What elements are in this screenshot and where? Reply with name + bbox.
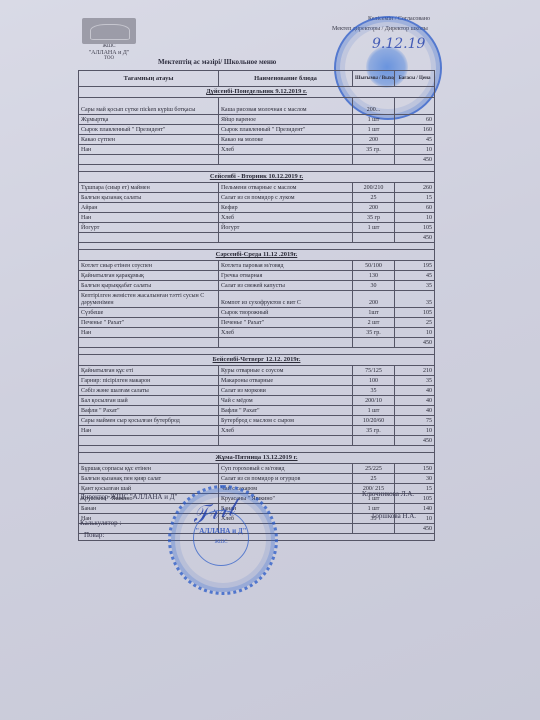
empty-cell [79,165,435,172]
total-row: 450 [79,233,435,243]
table-row: Сары май қосып сүтке пісken күріш ботқас… [79,98,435,115]
stamp-sub-text: ЖШС [194,537,248,549]
dish-ru: Котлета паровая м/говяд [219,261,353,271]
table-row: СүзбешеСырок творожный1шт105 [79,308,435,318]
portion: 50/100 [353,261,395,271]
portion: 25 [353,474,395,484]
table-row: Вафли " Рахат"Вафли " Рахат"1 шт40 [79,406,435,416]
handwritten-date: 9.12.19 [372,36,425,52]
day-total: 450 [395,155,435,165]
day-total: 450 [395,338,435,348]
dish-ru: Яйцо вареное [219,115,353,125]
cook-label: Повар: [84,531,104,539]
empty-cell [79,338,219,348]
dish-ru: Хлеб [219,145,353,155]
empty-cell [79,446,435,453]
table-row: ЖұмыртқаЯйцо вареное1 шт60 [79,115,435,125]
dish-ru: Хлеб [219,213,353,223]
empty-cell [353,338,395,348]
dish-kz: Бұршақ сорпасы құс етінен [79,464,219,474]
dish-kz: Жұмыртқа [79,115,219,125]
day-header-row: Бейсенбі-Четверг 12.12. 2019г. [79,355,435,366]
empty-cell [353,436,395,446]
table-row: Сырок плавленный " Президент"Сырок плавл… [79,125,435,135]
day-title: Сейсенбі - Вторник 10.12.2019 г. [79,172,435,183]
portion: 35 гр. [353,328,395,338]
portion: 1 шт [353,125,395,135]
day-title: Сәрсенбі-Среда 11.12 .2019г. [79,250,435,261]
portion: 100 [353,376,395,386]
empty-cell [353,233,395,243]
portion: 130 [353,271,395,281]
dish-kz: Бал қосылған шай [79,396,219,406]
portion: 200 [353,203,395,213]
portion: 35 гр. [353,426,395,436]
director-label: Директор ЖШС "АЛЛАНА и Д" [80,493,177,501]
dish-ru: Компот из сухофруктов с вит С [219,291,353,308]
dish-ru: Каша рисовая молочная с маслом [219,98,353,115]
dish-kz: Какао сүтпен [79,135,219,145]
dish-ru: Кефир [219,203,353,213]
price: 10 [395,145,435,155]
portion: 200... [353,98,395,115]
dish-kz: Гарнир: пісірілген макарон [79,376,219,386]
dish-kz: Сары май қосып сүтке пісken күріш ботқас… [79,98,219,115]
portion: 1 шт [353,223,395,233]
table-row: Қайнатылған қарақұмықГречка отварная1304… [79,271,435,281]
dish-ru: Суп гороховый с м/говяд [219,464,353,474]
dish-ru: Печенье " Рахат" [219,318,353,328]
column-header: Наименование блюда [219,71,353,87]
dish-kz: Котлет сиыр етінен соуспен [79,261,219,271]
menu-document: ЖШС "АЛЛАНА и Д" ТОО Келісемін / Согласо… [0,0,540,720]
dish-kz: Печенье " Рахат" [79,318,219,328]
dish-ru: Куры отварные с соусом [219,366,353,376]
table-row: Қайнатылған құс етіКуры отварные с соусо… [79,366,435,376]
price: 260 [395,183,435,193]
price: 40 [395,396,435,406]
empty-cell [219,233,353,243]
dish-ru: Салат из моркови [219,386,353,396]
price: 40 [395,386,435,396]
day-total: 450 [395,524,435,534]
table-row: Тұшпара (сиыр ет) майменПельмени отварны… [79,183,435,193]
total-row: 450 [79,338,435,348]
table-row: Балғын қызанақ пен қияр салатСалат из св… [79,474,435,484]
logo-line3: ТОО [82,56,136,62]
empty-cell [219,436,353,446]
portion: 25/225 [353,464,395,474]
price: 15 [395,193,435,203]
dish-kz: Сары маймен сыр қосылған бутерброд [79,416,219,426]
empty-cell [219,155,353,165]
dish-ru: Йогурт [219,223,353,233]
dish-kz: Нан [79,328,219,338]
dish-kz: Балғын қызанақ пен қияр салат [79,474,219,484]
portion: 200/10 [353,396,395,406]
director-name: Ключникова Л.А. [362,490,414,498]
day-header-row: Жұма-Пятница 13.12.2019 г. [79,453,435,464]
dish-ru: Салат из свежей капусты [219,281,353,291]
dish-ru: Бутерброд с маслом с сыром [219,416,353,426]
price: 35 [395,376,435,386]
price: 105 [395,308,435,318]
dish-ru: Пельмени отварные с маслом [219,183,353,193]
portion: 200/210 [353,183,395,193]
portion: 1шт [353,308,395,318]
empty-cell [79,233,219,243]
price: 150 [395,464,435,474]
empty-cell [79,243,435,250]
table-row: Котлет сиыр етінен соуспенКотлета парова… [79,261,435,271]
price: 45 [395,271,435,281]
table-row: Печенье " Рахат"Печенье " Рахат"2 шт25 [79,318,435,328]
table-row: НанХлеб35 гр.10 [79,426,435,436]
portion: 25 [353,193,395,203]
table-header-row: Тағамның атауы Наименование блюда Шығымы… [79,71,435,87]
dish-kz: Кептірілген жемістен жасалынған тәтті су… [79,291,219,308]
price: 10 [395,213,435,223]
empty-cell [79,348,435,355]
price: 35 [395,291,435,308]
portion: 10/20/60 [353,416,395,426]
dish-kz: Сәбіз және шалғам салаты [79,386,219,396]
portion: 2 шт [353,318,395,328]
company-logo: ЖШС "АЛЛАНА и Д" ТОО [82,18,136,60]
dish-kz: Сырок плавленный " Президент" [79,125,219,135]
price: 45 [395,135,435,145]
price: 210 [395,366,435,376]
spacer-row [79,446,435,453]
table-row: Какао сүтпенКакао на молоке20045 [79,135,435,145]
dish-ru: Хлеб [219,328,353,338]
empty-cell [353,524,395,534]
dish-kz: Сүзбеше [79,308,219,318]
portion: 75/125 [353,366,395,376]
day-total: 450 [395,233,435,243]
table-row: НанХлеб35 гр10 [79,213,435,223]
dish-ru: Макароны отварные [219,376,353,386]
price: 25 [395,318,435,328]
logo-image [82,18,136,44]
table-row: Сәбіз және шалғам салатыСалат из моркови… [79,386,435,396]
dish-ru: Гречка отварная [219,271,353,281]
spacer-row [79,348,435,355]
column-header: Тағамның атауы [79,71,219,87]
price: 160 [395,125,435,135]
calculator-label: Калькулятор : [80,519,121,527]
dish-kz: Қайнатылған қарақұмық [79,271,219,281]
table-row: ЙогуртЙогурт1 шт105 [79,223,435,233]
dish-ru: Хлеб [219,426,353,436]
dish-kz: Вафли " Рахат" [79,406,219,416]
menu-table: Тағамның атауы Наименование блюда Шығымы… [78,70,435,541]
empty-cell [353,155,395,165]
portion: 1 шт [353,115,395,125]
price: 60 [395,203,435,213]
dish-ru: Чай с мёдом [219,396,353,406]
dish-kz: Тұшпара (сиыр ет) маймен [79,183,219,193]
dish-ru: Салат из св помидор и огурцов [219,474,353,484]
price: 10 [395,426,435,436]
price: 105 [395,223,435,233]
dish-ru: Салат из св помидор с луком [219,193,353,203]
empty-cell [219,338,353,348]
dish-ru: Сырок творожный [219,308,353,318]
spacer-row [79,243,435,250]
table-row: Кептірілген жемістен жасалынған тәтті су… [79,291,435,308]
dish-kz: Нан [79,145,219,155]
column-header: Шығымы / Выход [353,71,395,87]
price: 40 [395,406,435,416]
page-title: Мектептің ас мәзірі/ Школьное меню [158,58,276,66]
dish-kz: Нан [79,426,219,436]
day-header-row: Дүйсенбі-Понедельник 9.12.2019 г. [79,87,435,98]
dish-kz: Нан [79,213,219,223]
day-total: 450 [395,436,435,446]
portion: 35 гр [353,213,395,223]
dish-kz: Балғын қызанақ салаты [79,193,219,203]
portion: 35 гр. [353,145,395,155]
table-row: НанХлеб35 гр.10 [79,328,435,338]
portion: 1 шт [353,406,395,416]
column-header: Бағасы / Цена [395,71,435,87]
dish-ru: Какао на молоке [219,135,353,145]
price: 30 [395,474,435,484]
calculator-name: Горшкова Н.А. [372,512,416,520]
empty-cell [79,436,219,446]
table-row: Сары маймен сыр қосылған бутербродБутерб… [79,416,435,426]
portion: 30 [353,281,395,291]
table-row: Балғын қырыққабат салатыСалат из свежей … [79,281,435,291]
day-header-row: Сейсенбі - Вторник 10.12.2019 г. [79,172,435,183]
day-title: Дүйсенбі-Понедельник 9.12.2019 г. [79,87,435,98]
price: 75 [395,416,435,426]
table-row: НанХлеб35 гр.10 [79,145,435,155]
dish-ru: Вафли " Рахат" [219,406,353,416]
spacer-row [79,165,435,172]
table-row: Бұршақ сорпасы құс етіненСуп гороховый с… [79,464,435,474]
total-row: 450 [79,155,435,165]
dish-kz: Қайнатылған құс еті [79,366,219,376]
dish-ru: Сырок плавленный " Президент" [219,125,353,135]
dish-kz: Йогурт [79,223,219,233]
empty-cell [79,155,219,165]
day-header-row: Сәрсенбі-Среда 11.12 .2019г. [79,250,435,261]
price: 10 [395,328,435,338]
portion: 35 [353,386,395,396]
portion: 200 [353,291,395,308]
price: 60 [395,115,435,125]
dish-kz: Балғын қырыққабат салаты [79,281,219,291]
day-title: Жұма-Пятница 13.12.2019 г. [79,453,435,464]
portion: 200 [353,135,395,145]
price [395,98,435,115]
total-row: 450 [79,436,435,446]
table-row: Гарнир: пісірілген макаронМакароны отвар… [79,376,435,386]
menu-table-body: Дүйсенбі-Понедельник 9.12.2019 г.Сары ма… [79,87,435,541]
table-row: Балғын қызанақ салатыСалат из св помидор… [79,193,435,203]
price: 195 [395,261,435,271]
dish-kz: Айран [79,203,219,213]
price: 35 [395,281,435,291]
table-row: АйранКефир20060 [79,203,435,213]
table-row: Бал қосылған шайЧай с мёдом200/1040 [79,396,435,406]
day-title: Бейсенбі-Четверг 12.12. 2019г. [79,355,435,366]
